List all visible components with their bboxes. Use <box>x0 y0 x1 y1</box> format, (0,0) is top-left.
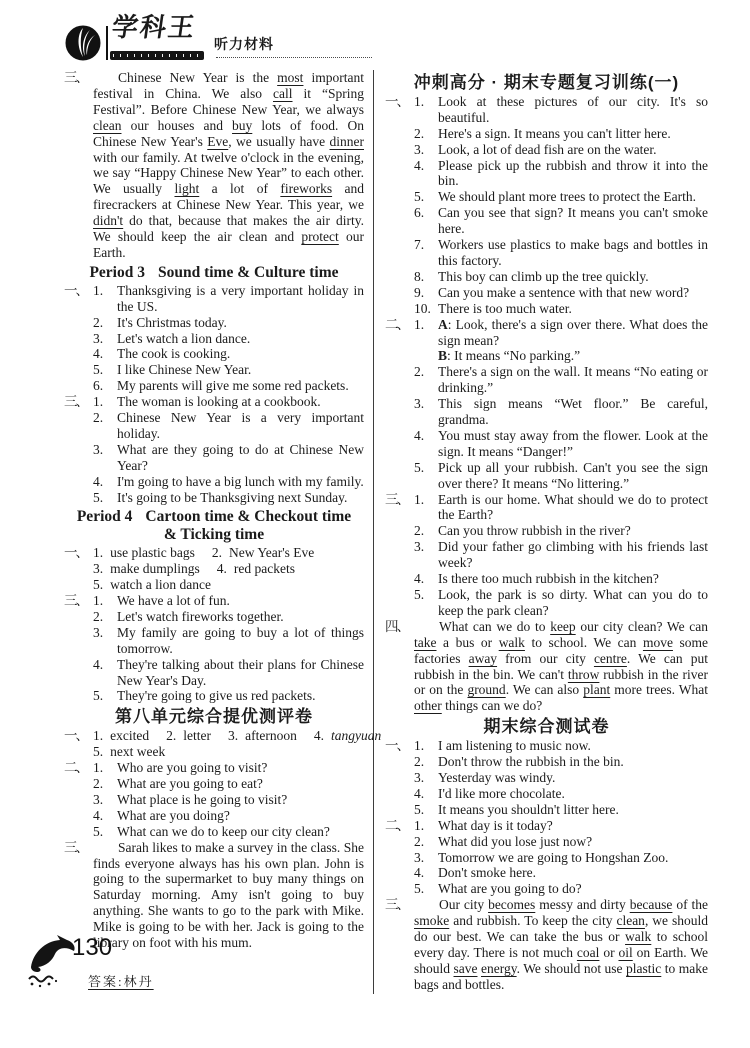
list-item: B: It means “No parking.” <box>414 348 708 364</box>
item-number: 2. <box>93 410 117 442</box>
item-text: Let's watch a lion dance. <box>117 331 364 347</box>
item-number: 4. <box>414 865 438 881</box>
item-number: 1. <box>414 492 438 524</box>
item-text: They're going to give us red packets. <box>117 688 364 704</box>
item-text: red packets <box>234 561 295 576</box>
final-questions-list: 二、 1. What day is it today? 2. What did … <box>385 818 708 898</box>
p4-sentences-list: 三、 1. We have a lot of fun. 2. Let's wat… <box>64 593 364 704</box>
list-item: 1.use plastic bags2.New Year's Eve <box>93 545 364 561</box>
item-number: 5. <box>414 881 438 897</box>
section-marker: 四、 <box>385 619 414 635</box>
list-item: 4. I'm going to have a big lunch with my… <box>93 474 364 490</box>
item-number: 2. <box>414 834 438 850</box>
item-text: I'm going to have a big lunch with my fa… <box>117 474 364 490</box>
item-text: use plastic bags <box>110 545 195 560</box>
item-text: Workers use plastics to make bags and bo… <box>438 237 708 269</box>
item-number: 4. <box>93 346 117 362</box>
item-number: 6. <box>93 378 117 394</box>
item-number: 3. <box>228 728 238 743</box>
item-number: 5. <box>93 362 117 378</box>
logo-divider <box>106 26 108 60</box>
item-text: A: Look, there's a sign over there. What… <box>438 317 708 349</box>
section-marker: 三、 <box>385 492 414 508</box>
header-dotted-rule <box>216 57 372 58</box>
list-item: 5.next week <box>93 744 364 760</box>
item-text: Tomorrow we are going to Hongshan Zoo. <box>438 850 708 866</box>
list-item: 4. The cook is cooking. <box>93 346 364 362</box>
item-text: Can you see that sign? It means you can'… <box>438 205 708 237</box>
section-marker: 三、 <box>64 593 93 609</box>
item-number: 1. <box>414 317 438 349</box>
list-item: 1.excited2.letter3.afternoon4.tangyuan <box>93 728 364 744</box>
list-item: 3. This sign means “Wet floor.” Be caref… <box>414 396 708 428</box>
item-text: Who are you going to visit? <box>117 760 364 776</box>
item-text: Please pick up the rubbish and throw it … <box>438 158 708 190</box>
review-signs-list: 二、 1. A: Look, there's a sign over there… <box>385 317 708 492</box>
list-item: 2. Here's a sign. It means you can't lit… <box>414 126 708 142</box>
item-text: What can we do to keep our city clean? <box>117 824 364 840</box>
item-number: 1. <box>93 728 103 743</box>
item-number: 8. <box>414 269 438 285</box>
item-number: 5. <box>93 577 103 592</box>
brand-flower-icon <box>64 24 102 62</box>
list-item: 3. Tomorrow we are going to Hongshan Zoo… <box>414 850 708 866</box>
list-item: 1. Who are you going to visit? <box>93 760 364 776</box>
item-number: 1. <box>414 818 438 834</box>
item-text: The woman is looking at a cookbook. <box>117 394 364 410</box>
item-text: The cook is cooking. <box>117 346 364 362</box>
section-marker: 三、 <box>385 897 414 913</box>
item-number: 1. <box>93 545 103 560</box>
item-text: afternoon <box>245 728 297 743</box>
list-item: 5. Pick up all your rubbish. Can't you s… <box>414 460 708 492</box>
item-number: 3. <box>414 142 438 158</box>
item-number: 1. <box>414 738 438 754</box>
item-number: 2. <box>414 523 438 539</box>
item-text: Look at these pictures of our city. It's… <box>438 94 708 126</box>
list-item: 1. What day is it today? <box>414 818 708 834</box>
list-item: 5. It means you shouldn't litter here. <box>414 802 708 818</box>
item-text: What are you doing? <box>117 808 364 824</box>
unit8-test-heading: 第八单元综合提优测评卷 <box>64 709 364 725</box>
list-item: 3. What place is he going to visit? <box>93 792 364 808</box>
item-text: They're talking about their plans for Ch… <box>117 657 364 689</box>
logo-tagline: 听力材料 <box>214 37 274 53</box>
item-text: What place is he going to visit? <box>117 792 364 808</box>
period-label: Period 3 <box>89 264 145 281</box>
item-text: I'd like more chocolate. <box>438 786 708 802</box>
list-item: 3.make dumplings4.red packets <box>93 561 364 577</box>
left-column: 三、 Chinese New Year is the most importan… <box>64 70 373 994</box>
intro-paragraph-section: 三、 Chinese New Year is the most importan… <box>64 70 364 261</box>
item-text: I like Chinese New Year. <box>117 362 364 378</box>
item-number: 4. <box>217 561 227 576</box>
list-item: 4. Please pick up the rubbish and throw … <box>414 158 708 190</box>
section-marker: 二、 <box>385 317 414 333</box>
item-number: 4. <box>93 657 117 689</box>
list-item: 2. There's a sign on the wall. It means … <box>414 364 708 396</box>
list-item: 1. Look at these pictures of our city. I… <box>414 94 708 126</box>
item-text: make dumplings <box>110 561 200 576</box>
item-text: Did your father go climbing with his fri… <box>438 539 708 571</box>
item-number: 3. <box>414 539 438 571</box>
list-item: 3. Let's watch a lion dance. <box>93 331 364 347</box>
item-number: 5. <box>93 744 103 759</box>
section-marker: 二、 <box>64 760 93 776</box>
review-sentences-list: 一、 1. Look at these pictures of our city… <box>385 94 708 317</box>
item-text: Chinese New Year is a very important hol… <box>117 410 364 442</box>
list-item: 1. I am listening to music now. <box>414 738 708 754</box>
unit8-words-list: 一、 1.excited2.letter3.afternoon4.tangyua… <box>64 728 364 760</box>
list-item: 5. It's going to be Thanksgiving next Su… <box>93 490 364 506</box>
item-text: What are you going to do? <box>438 881 708 897</box>
item-number: 7. <box>414 237 438 269</box>
item-number: 2. <box>414 364 438 396</box>
section-marker: 一、 <box>64 728 93 744</box>
p3-dialog-list: 三、 1. The woman is looking at a cookbook… <box>64 394 364 505</box>
item-number: 2. <box>93 776 117 792</box>
period-title: Sound time & Culture time <box>158 264 339 281</box>
list-item: 4. Don't smoke here. <box>414 865 708 881</box>
item-text: This boy can climb up the tree quickly. <box>438 269 708 285</box>
item-text: My family are going to buy a lot of thin… <box>117 625 364 657</box>
review-questions-list: 三、 1. Earth is our home. What should we … <box>385 492 708 619</box>
item-number: 5. <box>414 587 438 619</box>
list-item: 2. Let's watch fireworks together. <box>93 609 364 625</box>
item-number: 1. <box>93 283 117 315</box>
item-text: Thanksgiving is a very important holiday… <box>117 283 364 315</box>
item-number: 5. <box>414 802 438 818</box>
list-item: 1. A: Look, there's a sign over there. W… <box>414 317 708 349</box>
period4-heading-line2: & Ticking time <box>64 527 364 543</box>
item-text: Can you make a sentence with that new wo… <box>438 285 708 301</box>
item-text: tangyuan <box>331 728 381 743</box>
section-marker: 二、 <box>385 818 414 834</box>
item-text: It's going to be Thanksgiving next Sunda… <box>117 490 364 506</box>
item-text: Can you throw rubbish in the river? <box>438 523 708 539</box>
list-item: 4. What are you doing? <box>93 808 364 824</box>
item-number: 4. <box>414 571 438 587</box>
item-number: 4. <box>414 428 438 460</box>
list-item: 1. Earth is our home. What should we do … <box>414 492 708 524</box>
item-text: It's Christmas today. <box>117 315 364 331</box>
item-number: 2. <box>93 315 117 331</box>
list-item: 5. What are you going to do? <box>414 881 708 897</box>
review-training-heading: 冲刺高分 · 期末专题复习训练(一) <box>385 75 708 91</box>
item-number: 4. <box>93 808 117 824</box>
section-marker: 一、 <box>64 545 93 561</box>
item-text: Earth is our home. What should we do to … <box>438 492 708 524</box>
list-item: 1. The woman is looking at a cookbook. <box>93 394 364 410</box>
item-text: Look, the park is so dirty. What can you… <box>438 587 708 619</box>
item-number: 5. <box>414 189 438 205</box>
item-number: 1. <box>93 394 117 410</box>
item-number: 3. <box>414 770 438 786</box>
item-number: 5. <box>93 490 117 506</box>
section-marker: 一、 <box>64 283 93 299</box>
period-title: Cartoon time & Checkout time <box>145 508 351 525</box>
list-item: 4. You must stay away from the flower. L… <box>414 428 708 460</box>
list-item: 4. I'd like more chocolate. <box>414 786 708 802</box>
page-number: 130 <box>72 940 112 956</box>
list-item: 1. We have a lot of fun. <box>93 593 364 609</box>
item-number: 3. <box>93 561 103 576</box>
item-number: 2. <box>93 609 117 625</box>
list-item: 7. Workers use plastics to make bags and… <box>414 237 708 269</box>
list-item: 8. This boy can climb up the tree quickl… <box>414 269 708 285</box>
brand-name: 学科王 <box>111 20 197 36</box>
item-text: watch a lion dance <box>110 577 211 592</box>
item-number: 6. <box>414 205 438 237</box>
list-item: 2. Can you throw rubbish in the river? <box>414 523 708 539</box>
logo-banner <box>110 51 204 60</box>
page-footer: 130 答案:林丹 <box>0 928 750 1018</box>
item-text: This sign means “Wet floor.” Be careful,… <box>438 396 708 428</box>
item-text: What did you lose just now? <box>438 834 708 850</box>
list-item: 2. Chinese New Year is a very important … <box>93 410 364 442</box>
item-text: What are they going to do at Chinese New… <box>117 442 364 474</box>
section-marker: 三、 <box>64 70 93 86</box>
list-item: 4. Is there too much rubbish in the kitc… <box>414 571 708 587</box>
item-number: 3. <box>93 331 117 347</box>
list-item: 2. It's Christmas today. <box>93 315 364 331</box>
list-item: 6. My parents will give me some red pack… <box>93 378 364 394</box>
list-item: 2. Don't throw the rubbish in the bin. <box>414 754 708 770</box>
list-item: 3. Look, a lot of dead fish are on the w… <box>414 142 708 158</box>
item-text: Pick up all your rubbish. Can't you see … <box>438 460 708 492</box>
item-text: Look, a lot of dead fish are on the wate… <box>438 142 708 158</box>
item-number: 5. <box>414 460 438 492</box>
item-text: letter <box>183 728 211 743</box>
list-item: 3. What are they going to do at Chinese … <box>93 442 364 474</box>
item-text: Yesterday was windy. <box>438 770 708 786</box>
paragraph-text: What can we do to keep our city clean? W… <box>414 619 708 714</box>
item-number: 10. <box>414 301 438 317</box>
period-label: Period 4 <box>77 508 133 525</box>
period3-heading: Period 3Sound time & Culture time <box>64 265 364 281</box>
unit8-questions-list: 二、 1. Who are you going to visit? 2. Wha… <box>64 760 364 840</box>
item-text: B: It means “No parking.” <box>438 348 708 364</box>
item-number: 4. <box>414 158 438 190</box>
item-text: excited <box>110 728 149 743</box>
answer-author-label: 答案:林丹 <box>88 974 154 990</box>
item-number: 3. <box>414 396 438 428</box>
list-item: 6. Can you see that sign? It means you c… <box>414 205 708 237</box>
item-number: 2. <box>414 126 438 142</box>
right-column: 冲刺高分 · 期末专题复习训练(一) 一、 1. Look at these p… <box>374 70 708 994</box>
item-text: next week <box>110 744 165 759</box>
item-text: New Year's Eve <box>229 545 314 560</box>
list-item: 5. They're going to give us red packets. <box>93 688 364 704</box>
list-item: 5. Look, the park is so dirty. What can … <box>414 587 708 619</box>
item-number <box>414 348 438 364</box>
list-item: 5.watch a lion dance <box>93 577 364 593</box>
list-item: 3. My family are going to buy a lot of t… <box>93 625 364 657</box>
item-text: What are you going to eat? <box>117 776 364 792</box>
list-item: 3. Yesterday was windy. <box>414 770 708 786</box>
item-number: 3. <box>93 442 117 474</box>
item-text: There's a sign on the wall. It means “No… <box>438 364 708 396</box>
final-listening-list: 一、 1. I am listening to music now. 2. Do… <box>385 738 708 818</box>
list-item: 3. Did your father go climbing with his … <box>414 539 708 571</box>
list-item: 1. Thanksgiving is a very important holi… <box>93 283 364 315</box>
item-number: 3. <box>414 850 438 866</box>
final-test-heading: 期末综合测试卷 <box>385 719 708 735</box>
answer-page-body: 三、 Chinese New Year is the most importan… <box>0 66 750 994</box>
p3-listening-list: 一、 1. Thanksgiving is a very important h… <box>64 283 364 394</box>
item-number: 2. <box>414 754 438 770</box>
item-number: 1. <box>93 760 117 776</box>
item-text: We should plant more trees to protect th… <box>438 189 708 205</box>
item-text: My parents will give me some red packets… <box>117 378 364 394</box>
p4-phrases-list: 一、 1.use plastic bags2.New Year's Eve 3.… <box>64 545 364 593</box>
page-header: 学科王 听力材料 <box>0 0 750 66</box>
item-number: 3. <box>93 792 117 808</box>
section-marker: 三、 <box>64 840 93 856</box>
item-text: It means you shouldn't litter here. <box>438 802 708 818</box>
item-number: 4. <box>93 474 117 490</box>
item-number: 5. <box>93 688 117 704</box>
item-number: 5. <box>93 824 117 840</box>
item-text: We have a lot of fun. <box>117 593 364 609</box>
list-item: 2. What are you going to eat? <box>93 776 364 792</box>
list-item: 5. We should plant more trees to protect… <box>414 189 708 205</box>
item-text: I am listening to music now. <box>438 738 708 754</box>
section-marker: 一、 <box>385 94 414 110</box>
item-number: 4. <box>414 786 438 802</box>
item-text: What day is it today? <box>438 818 708 834</box>
list-item: 2. What did you lose just now? <box>414 834 708 850</box>
item-number: 3. <box>93 625 117 657</box>
item-text: Here's a sign. It means you can't litter… <box>438 126 708 142</box>
item-number: 1. <box>414 94 438 126</box>
list-item: 5. What can we do to keep our city clean… <box>93 824 364 840</box>
item-text: Don't smoke here. <box>438 865 708 881</box>
list-item: 10. There is too much water. <box>414 301 708 317</box>
period4-heading: Period 4Cartoon time & Checkout time <box>64 509 364 525</box>
list-item: 9. Can you make a sentence with that new… <box>414 285 708 301</box>
item-text: Let's watch fireworks together. <box>117 609 364 625</box>
list-item: 4. They're talking about their plans for… <box>93 657 364 689</box>
item-number: 2. <box>212 545 222 560</box>
item-text: There is too much water. <box>438 301 708 317</box>
item-text: You must stay away from the flower. Look… <box>438 428 708 460</box>
section-marker: 三、 <box>64 394 93 410</box>
item-number: 9. <box>414 285 438 301</box>
item-number: 2. <box>166 728 176 743</box>
city-clean-paragraph-section: 四、 What can we do to keep our city clean… <box>385 619 708 714</box>
list-item: 5. I like Chinese New Year. <box>93 362 364 378</box>
item-number: 1. <box>93 593 117 609</box>
item-number: 4. <box>314 728 324 743</box>
item-text: Is there too much rubbish in the kitchen… <box>438 571 708 587</box>
section-marker: 一、 <box>385 738 414 754</box>
item-text: Don't throw the rubbish in the bin. <box>438 754 708 770</box>
paragraph-text: Chinese New Year is the most important f… <box>93 70 364 261</box>
